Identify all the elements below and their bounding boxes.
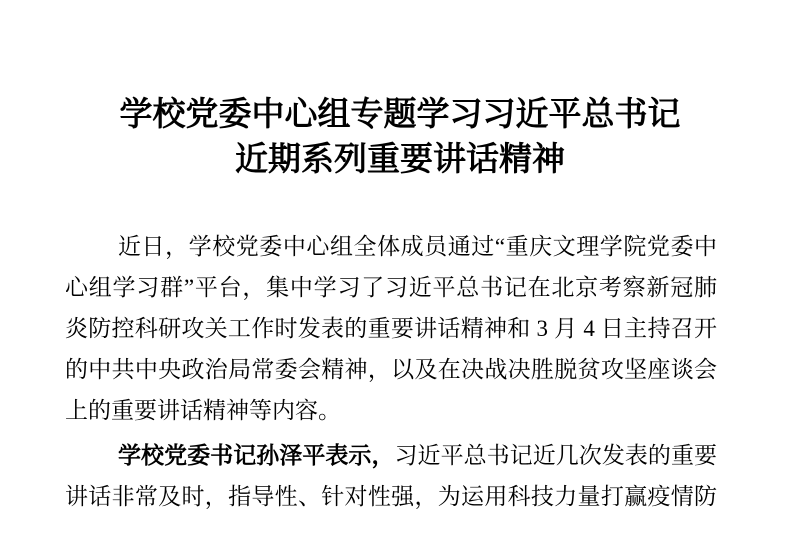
- title-line-2: 近期系列重要讲话精神: [0, 136, 800, 181]
- body-text-line: 炎防控科研攻关工作时发表的重要讲话精神和 3 月 4 日主持召开: [65, 308, 717, 349]
- document-body: 近日，学校党委中心组全体成员通过“重庆文理学院党委中 心组学习群”平台，集中学习…: [65, 226, 717, 517]
- body-text-segment: 习近平总书记近几次发表的重要: [394, 443, 717, 468]
- body-text-line: 讲话非常及时，指导性、针对性强，为运用科技力量打赢疫情防: [65, 476, 717, 517]
- body-text-line: 上的重要讲话精神等内容。: [65, 390, 717, 431]
- body-text-line: 学校党委书记孙泽平表示，习近平总书记近几次发表的重要: [65, 435, 717, 476]
- body-text-line: 近日，学校党委中心组全体成员通过“重庆文理学院党委中: [65, 226, 717, 267]
- body-text-line: 心组学习群”平台，集中学习了习近平总书记在北京考察新冠肺: [65, 267, 717, 308]
- speaker-lead-bold: 学校党委书记孙泽平表示，: [118, 442, 394, 468]
- paragraph-2: 学校党委书记孙泽平表示，习近平总书记近几次发表的重要 讲话非常及时，指导性、针对…: [65, 435, 717, 517]
- paragraph-1: 近日，学校党委中心组全体成员通过“重庆文理学院党委中 心组学习群”平台，集中学习…: [65, 226, 717, 431]
- document-page: 学校党委中心组专题学习习近平总书记 近期系列重要讲话精神 近日，学校党委中心组全…: [0, 0, 800, 533]
- body-text-line: 的中共中央政治局常委会精神，以及在决战决胜脱贫攻坚座谈会: [65, 349, 717, 390]
- title-line-1: 学校党委中心组专题学习习近平总书记: [0, 91, 800, 136]
- document-title: 学校党委中心组专题学习习近平总书记 近期系列重要讲话精神: [0, 0, 800, 181]
